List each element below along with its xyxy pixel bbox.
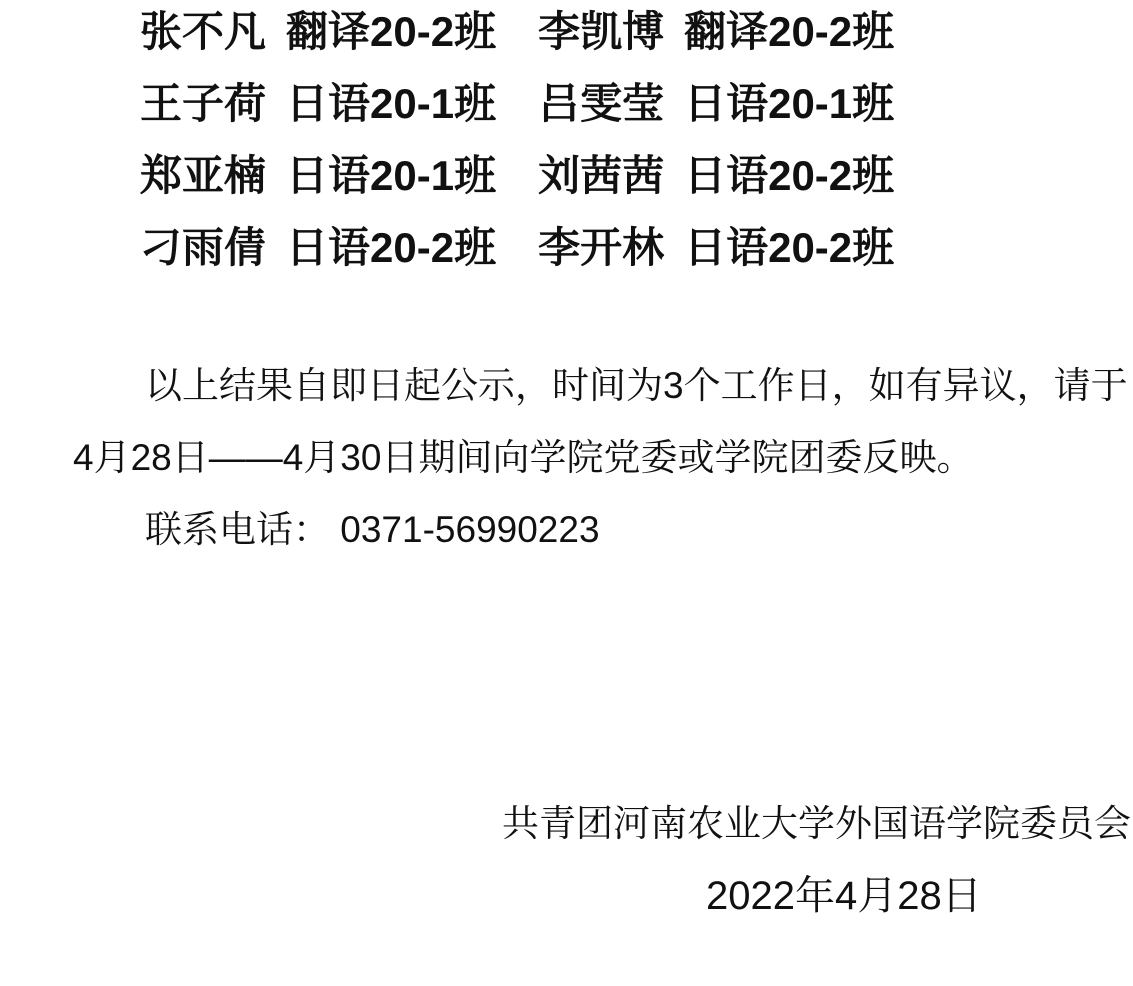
roster-row-1: 张不凡 翻译20-2班 李凯博 翻译20-2班 (140, 0, 1133, 68)
notice-line-2: 4月28日——4月30日期间向学院党委或学院团委反映。 (73, 422, 1133, 494)
announcement-document: 张不凡 翻译20-2班 李凯博 翻译20-2班 王子荷 日语20-1班 吕雯莹 … (0, 0, 1133, 986)
member-class: 日语20-2班 (684, 140, 894, 212)
member-name: 李开林 (538, 212, 664, 284)
roster-entry: 李开林 日语20-2班 (538, 212, 894, 284)
member-class: 日语20-2班 (684, 212, 894, 284)
roster-entry: 张不凡 翻译20-2班 (140, 0, 496, 68)
signature-organization: 共青团河南农业大学外国语学院委员会 (502, 788, 1133, 860)
member-class: 日语20-1班 (286, 68, 496, 140)
member-class: 翻译20-2班 (684, 0, 894, 68)
signature-block: 共青团河南农业大学外国语学院委员会 2022年4月28日 (0, 788, 1133, 932)
member-name: 王子荷 (140, 68, 266, 140)
member-class: 翻译20-2班 (286, 0, 496, 68)
member-name: 吕雯莹 (538, 68, 664, 140)
roster-list: 张不凡 翻译20-2班 李凯博 翻译20-2班 王子荷 日语20-1班 吕雯莹 … (0, 0, 1133, 284)
roster-entry: 李凯博 翻译20-2班 (538, 0, 894, 68)
notice-line-1: 以上结果自即日起公示，时间为3个工作日，如有异议，请于 (73, 350, 1133, 422)
roster-entry: 郑亚楠 日语20-1班 (140, 140, 496, 212)
roster-row-4: 刁雨倩 日语20-2班 李开林 日语20-2班 (140, 212, 1133, 284)
roster-entry: 吕雯莹 日语20-1班 (538, 68, 894, 140)
roster-entry: 刘茜茜 日语20-2班 (538, 140, 894, 212)
roster-row-2: 王子荷 日语20-1班 吕雯莹 日语20-1班 (140, 68, 1133, 140)
roster-row-3: 郑亚楠 日语20-1班 刘茜茜 日语20-2班 (140, 140, 1133, 212)
member-name: 张不凡 (140, 0, 266, 68)
member-name: 郑亚楠 (140, 140, 266, 212)
blank-line (0, 284, 1133, 350)
member-name: 李凯博 (538, 0, 664, 68)
notice-paragraph: 以上结果自即日起公示，时间为3个工作日，如有异议，请于 4月28日——4月30日… (0, 350, 1133, 566)
member-name: 刁雨倩 (140, 212, 266, 284)
member-class: 日语20-1班 (286, 140, 496, 212)
member-name: 刘茜茜 (538, 140, 664, 212)
member-class: 日语20-2班 (286, 212, 496, 284)
blank-block (0, 566, 1133, 788)
signature-date: 2022年4月28日 (706, 860, 1133, 932)
contact-phone-line: 联系电话： 0371-56990223 (73, 494, 1133, 566)
roster-entry: 王子荷 日语20-1班 (140, 68, 496, 140)
member-class: 日语20-1班 (684, 68, 894, 140)
roster-entry: 刁雨倩 日语20-2班 (140, 212, 496, 284)
